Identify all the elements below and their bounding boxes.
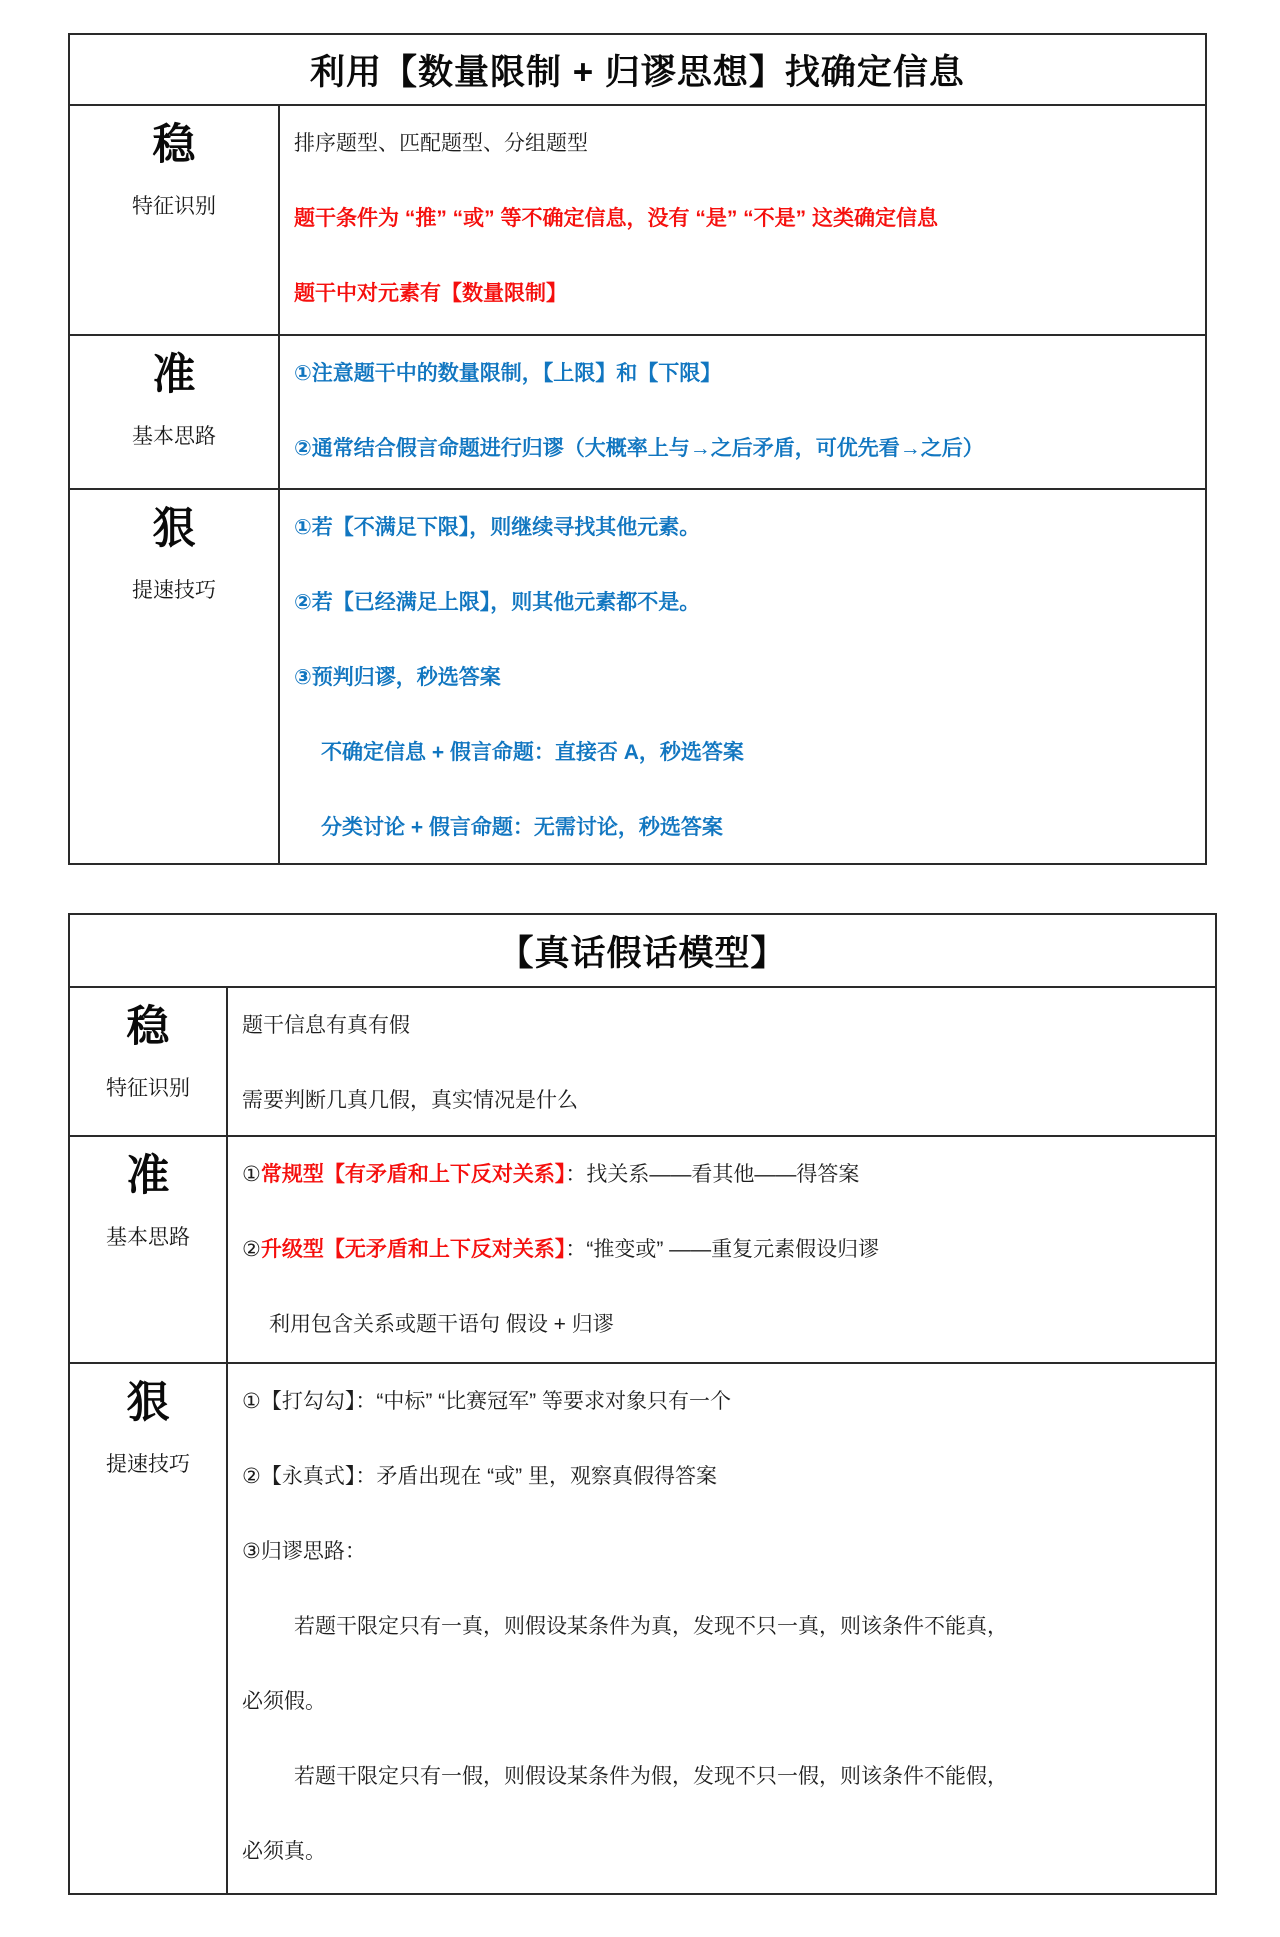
content-line: ②若【已经满足上限】，则其他元素都不是。	[294, 587, 1187, 618]
table-rows: 稳特征识别题干信息有真有假需要判断几真几假，真实情况是什么准基本思路①常规型【有…	[70, 988, 1215, 1893]
table-row: 准基本思路①注意题干中的数量限制，【上限】和【下限】②通常结合假言命题进行归谬（…	[70, 336, 1205, 490]
row-content: ①【打勾勾】：“中标” “比赛冠军” 等要求对象只有一个②【永真式】：矛盾出现在…	[228, 1364, 1215, 1893]
row-header: 稳特征识别	[70, 988, 228, 1135]
content-line: 若题干限定只有一假，则假设某条件为假，发现不只一假，则该条件不能假，	[242, 1761, 1197, 1792]
line-segment: 分类讨论 + 假言命题：无需讨论，秒选答案	[321, 816, 723, 839]
row-header-char: 狠	[127, 1380, 170, 1426]
line-segment: ①若【不满足下限】，则继续寻找其他元素。	[294, 516, 700, 539]
row-header: 稳特征识别	[70, 106, 280, 334]
line-segment: ：“推变或” ——重复元素假设归谬	[565, 1238, 879, 1261]
line-segment: ②	[242, 1238, 261, 1261]
content-line: 题干信息有真有假	[242, 1010, 1197, 1041]
row-header-label: 提速技巧	[132, 579, 216, 603]
table-row: 稳特征识别排序题型、匹配题型、分组题型题干条件为 “推” “或” 等不确定信息，…	[70, 106, 1205, 336]
content-line: 必须假。	[242, 1686, 1197, 1717]
content-line: ①【打勾勾】：“中标” “比赛冠军” 等要求对象只有一个	[242, 1386, 1197, 1417]
line-segment: ①	[242, 1163, 261, 1186]
line-segment: ③归谬思路：	[242, 1540, 366, 1563]
line-segment: 必须假。	[242, 1690, 326, 1713]
row-header-char: 稳	[127, 1004, 170, 1050]
line-segment: ：找关系——看其他——得答案	[565, 1163, 859, 1186]
content-line: ①注意题干中的数量限制，【上限】和【下限】	[294, 358, 1187, 389]
row-header-label: 提速技巧	[106, 1453, 190, 1477]
line-segment: ①【打勾勾】：“中标” “比赛冠军” 等要求对象只有一个	[242, 1390, 731, 1413]
row-header: 准基本思路	[70, 1137, 228, 1362]
content-line: 必须真。	[242, 1836, 1197, 1867]
content-line: 题干条件为 “推” “或” 等不确定信息，没有 “是” “不是” 这类确定信息	[294, 203, 1187, 234]
table-row: 狠提速技巧①若【不满足下限】，则继续寻找其他元素。②若【已经满足上限】，则其他元…	[70, 490, 1205, 863]
content-line: ①若【不满足下限】，则继续寻找其他元素。	[294, 512, 1187, 543]
row-header-char: 准	[127, 1153, 170, 1199]
row-content: ①常规型【有矛盾和上下反对关系】：找关系——看其他——得答案②升级型【无矛盾和上…	[228, 1137, 1215, 1362]
line-segment: 题干条件为 “推” “或” 等不确定信息，没有 “是” “不是” 这类确定信息	[294, 207, 938, 230]
line-segment: 需要判断几真几假，真实情况是什么	[242, 1089, 578, 1112]
table-title: 【真话假话模型】	[70, 915, 1215, 988]
content-line: 排序题型、匹配题型、分组题型	[294, 128, 1187, 159]
line-segment: 必须真。	[242, 1840, 326, 1863]
line-segment: 题干中对元素有【数量限制】	[294, 282, 567, 305]
row-header-label: 特征识别	[132, 195, 216, 219]
line-segment: 利用包含关系或题干语句 假设 + 归谬	[269, 1313, 614, 1336]
line-segment: 升级型【无矛盾和上下反对关系】	[261, 1238, 566, 1261]
content-line: 若题干限定只有一真，则假设某条件为真，发现不只一真，则该条件不能真，	[242, 1611, 1197, 1642]
row-header: 准基本思路	[70, 336, 280, 488]
row-header: 狠提速技巧	[70, 1364, 228, 1893]
line-segment: 不确定信息 + 假言命题：直接否 A，秒选答案	[321, 741, 744, 764]
row-header-label: 特征识别	[106, 1077, 190, 1101]
content-line: ③归谬思路：	[242, 1536, 1197, 1567]
row-content: 排序题型、匹配题型、分组题型题干条件为 “推” “或” 等不确定信息，没有 “是…	[280, 106, 1205, 334]
line-segment: ②若【已经满足上限】，则其他元素都不是。	[294, 591, 700, 614]
line-segment: 排序题型、匹配题型、分组题型	[294, 132, 588, 155]
line-segment: 题干信息有真有假	[242, 1014, 410, 1037]
line-segment: 常规型【有矛盾和上下反对关系】	[261, 1163, 566, 1186]
row-header-label: 基本思路	[106, 1226, 190, 1250]
table-true-false-model: 【真话假话模型】 稳特征识别题干信息有真有假需要判断几真几假，真实情况是什么准基…	[68, 913, 1217, 1895]
row-header-label: 基本思路	[132, 425, 216, 449]
row-header: 狠提速技巧	[70, 490, 280, 863]
content-line: ②升级型【无矛盾和上下反对关系】：“推变或” ——重复元素假设归谬	[242, 1234, 1197, 1265]
content-line: 不确定信息 + 假言命题：直接否 A，秒选答案	[294, 737, 1187, 768]
table-rows: 稳特征识别排序题型、匹配题型、分组题型题干条件为 “推” “或” 等不确定信息，…	[70, 106, 1205, 863]
line-segment: ③预判归谬，秒选答案	[294, 666, 501, 689]
table-row: 准基本思路①常规型【有矛盾和上下反对关系】：找关系——看其他——得答案②升级型【…	[70, 1137, 1215, 1364]
content-line: ②【永真式】：矛盾出现在 “或” 里，观察真假得答案	[242, 1461, 1197, 1492]
content-line: 分类讨论 + 假言命题：无需讨论，秒选答案	[294, 812, 1187, 843]
line-segment: ①注意题干中的数量限制，【上限】和【下限】	[294, 362, 721, 385]
line-segment: ②通常结合假言命题进行归谬（大概率上与→之后矛盾，可优先看→之后）	[294, 437, 984, 460]
row-header-char: 狠	[153, 506, 196, 552]
content-line: ①常规型【有矛盾和上下反对关系】：找关系——看其他——得答案	[242, 1159, 1197, 1190]
table-row: 狠提速技巧①【打勾勾】：“中标” “比赛冠军” 等要求对象只有一个②【永真式】：…	[70, 1364, 1215, 1893]
line-segment: ②【永真式】：矛盾出现在 “或” 里，观察真假得答案	[242, 1465, 717, 1488]
table-row: 稳特征识别题干信息有真有假需要判断几真几假，真实情况是什么	[70, 988, 1215, 1137]
line-segment: 若题干限定只有一假，则假设某条件为假，发现不只一假，则该条件不能假，	[294, 1765, 1008, 1788]
content-line: ②通常结合假言命题进行归谬（大概率上与→之后矛盾，可优先看→之后）	[294, 433, 1187, 464]
row-content: 题干信息有真有假需要判断几真几假，真实情况是什么	[228, 988, 1215, 1135]
content-line: 利用包含关系或题干语句 假设 + 归谬	[242, 1309, 1197, 1340]
row-content: ①若【不满足下限】，则继续寻找其他元素。②若【已经满足上限】，则其他元素都不是。…	[280, 490, 1205, 863]
row-header-char: 准	[153, 352, 196, 398]
content-line: ③预判归谬，秒选答案	[294, 662, 1187, 693]
line-segment: 若题干限定只有一真，则假设某条件为真，发现不只一真，则该条件不能真，	[294, 1615, 1008, 1638]
table-title: 利用【数量限制 + 归谬思想】找确定信息	[70, 35, 1205, 106]
row-content: ①注意题干中的数量限制，【上限】和【下限】②通常结合假言命题进行归谬（大概率上与…	[280, 336, 1205, 488]
row-header-char: 稳	[153, 122, 196, 168]
table-quantity-limit-reductio: 利用【数量限制 + 归谬思想】找确定信息 稳特征识别排序题型、匹配题型、分组题型…	[68, 33, 1207, 865]
notes-page: { "colors": { "red": "#f50f0d", "blue": …	[0, 0, 1280, 1937]
content-line: 题干中对元素有【数量限制】	[294, 278, 1187, 309]
content-line: 需要判断几真几假，真实情况是什么	[242, 1085, 1197, 1116]
